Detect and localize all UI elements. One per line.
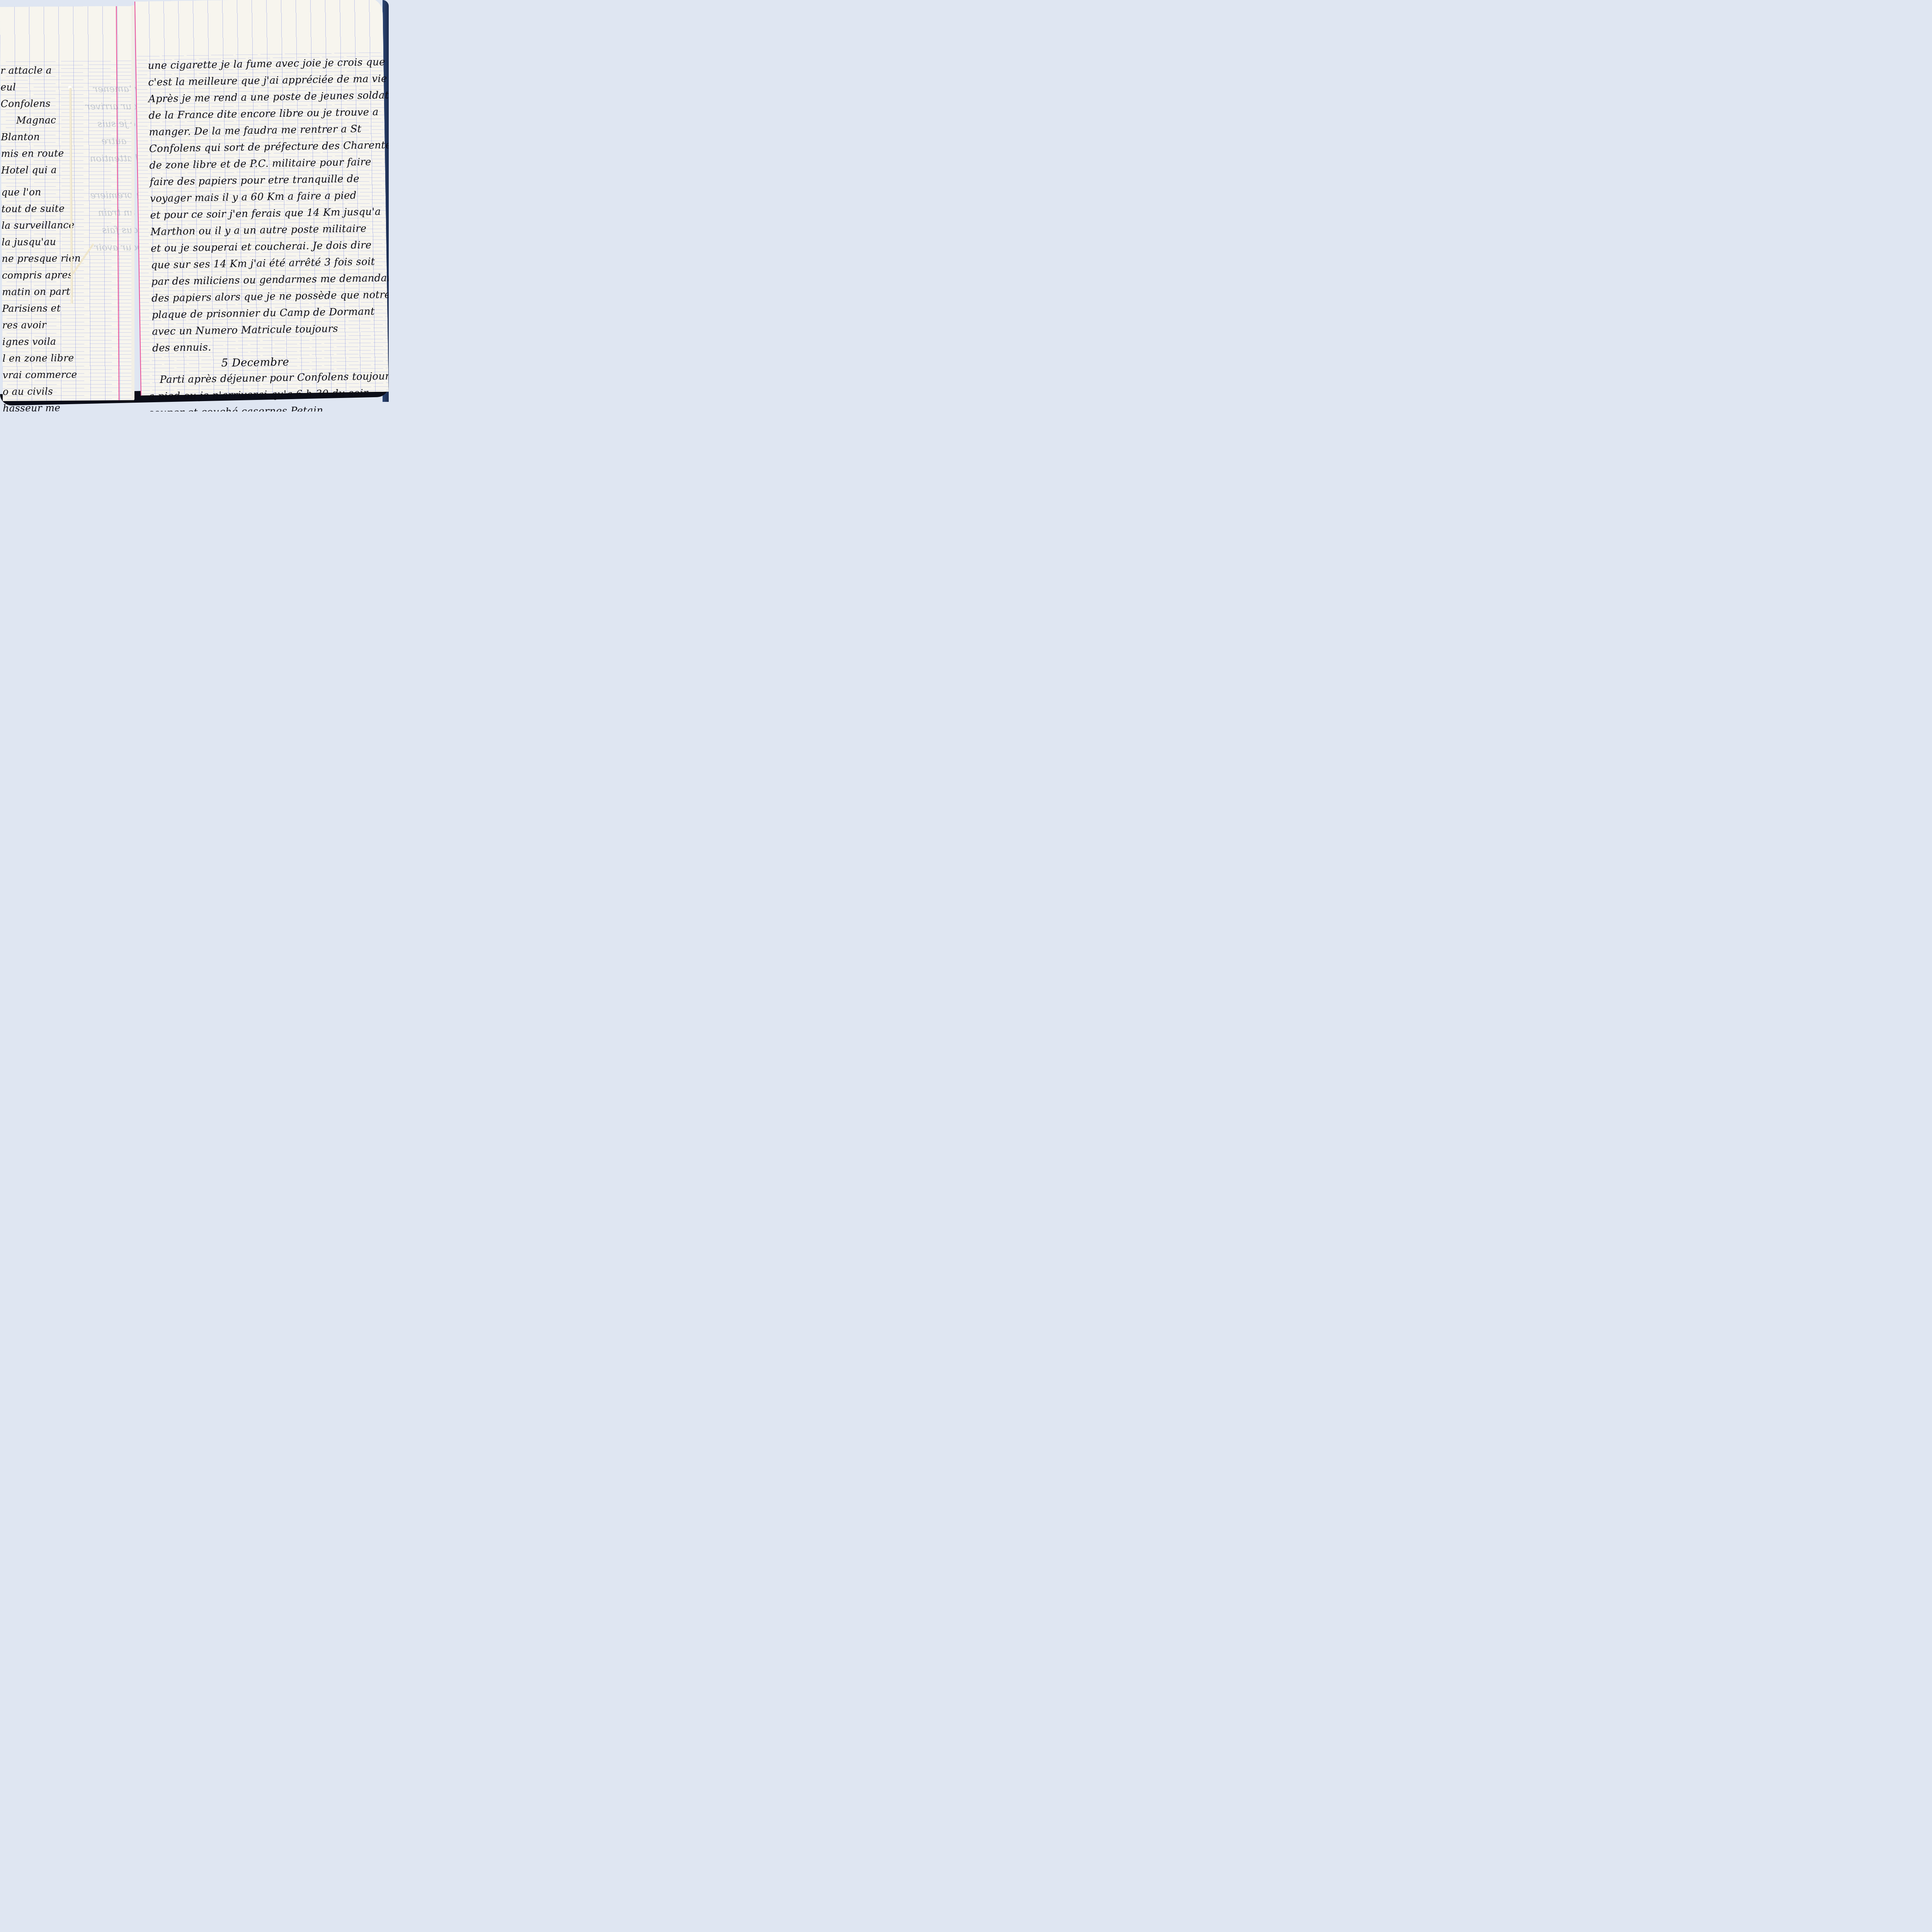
date-heading: 5 Decembre: [221, 355, 289, 369]
left-line: la surveillance: [2, 219, 75, 231]
bleed-through-text: pour arriver: [86, 100, 143, 112]
text-line: Marthon ou il y a un autre poste militai…: [150, 223, 367, 238]
text-line: c'est la meilleure que j'ai appréciée de…: [148, 73, 387, 88]
left-line: compris apres: [2, 269, 73, 281]
text-line: par des miliciens ou gendarmes me demand…: [151, 272, 389, 287]
left-line: res avoir: [2, 319, 46, 331]
text-line: et pour ce soir j'en ferais que 14 Km ju…: [150, 206, 381, 221]
text-line: manger. De la me faudra me rentrer a St: [149, 123, 362, 138]
text-line: des ennuis.: [152, 342, 211, 354]
bleed-through-text: pour avoir: [94, 241, 143, 253]
text-line: faire des papiers pour etre tranquille d…: [150, 173, 359, 188]
left-line: Confolens: [1, 98, 51, 109]
text-line: de la France dite encore libre ou je tro…: [148, 106, 379, 121]
right-page-header-area: [134, 0, 383, 56]
entry-line: souper et couché casernes Petain: [149, 405, 323, 412]
left-line: o au civils: [3, 386, 53, 397]
page-gutter: [131, 5, 134, 400]
text-line: avec un Numero Matricule toujours: [152, 323, 338, 338]
entry-line: Parti après déjeuner pour Confolens touj…: [160, 371, 389, 386]
left-page-margin-line: [116, 6, 119, 400]
bleed-through-text: autre: [101, 136, 126, 146]
text-line: voyager mais il y a 60 Km a faire a pied: [150, 190, 357, 204]
text-line: de zone libre et de P.C. militaire pour …: [149, 156, 371, 171]
left-line: ne presque rien: [2, 253, 81, 264]
left-line: mis en route: [1, 148, 64, 159]
left-line: Blanton: [1, 131, 40, 143]
left-page: r attacle a eul Confolens Magnac Blanton…: [0, 6, 134, 401]
left-line: eul: [0, 82, 16, 93]
right-page: une cigarette je la fume avec joie je cr…: [134, 0, 389, 396]
text-line: que sur ses 14 Km j'ai été arrêté 3 fois…: [151, 256, 375, 271]
left-line: Magnac: [16, 114, 56, 126]
left-line: Parisiens et: [2, 303, 61, 314]
text-line: et ou je souperai et coucherai. Je dois …: [151, 239, 372, 254]
entry-line: a pied ou je n'arriverai qu'a 6 h 30 du …: [148, 388, 368, 403]
left-line: matin on part: [2, 286, 70, 298]
left-line: la jusqu'au: [2, 236, 56, 248]
left-line: l en zone libre: [2, 352, 74, 364]
left-line: que l'on: [1, 186, 41, 198]
left-line: hasseur me: [3, 402, 60, 412]
bleed-through-text: n'amener: [93, 83, 138, 95]
left-page-header-area: [0, 6, 132, 61]
left-line: vrai commerce: [3, 369, 77, 381]
bleed-through-text: un train: [98, 207, 136, 218]
text-line: Après je me rend a une poste de jeunes s…: [148, 89, 389, 105]
bleed-through-text: la premiere: [90, 189, 145, 201]
left-line: ignes voila: [2, 336, 56, 347]
text-line: des papiers alors que je ne possède que …: [151, 289, 389, 304]
text-line: Confolens qui sort de préfecture des Cha…: [149, 139, 389, 155]
left-line: tout de suite: [2, 203, 65, 214]
left-line: Hotel qui a: [1, 164, 57, 176]
text-line: une cigarette je la fume avec joie je cr…: [148, 56, 385, 72]
left-line: r attacle a: [0, 65, 52, 76]
text-line: plaque de prisonnier du Camp de Dormant: [152, 306, 375, 321]
